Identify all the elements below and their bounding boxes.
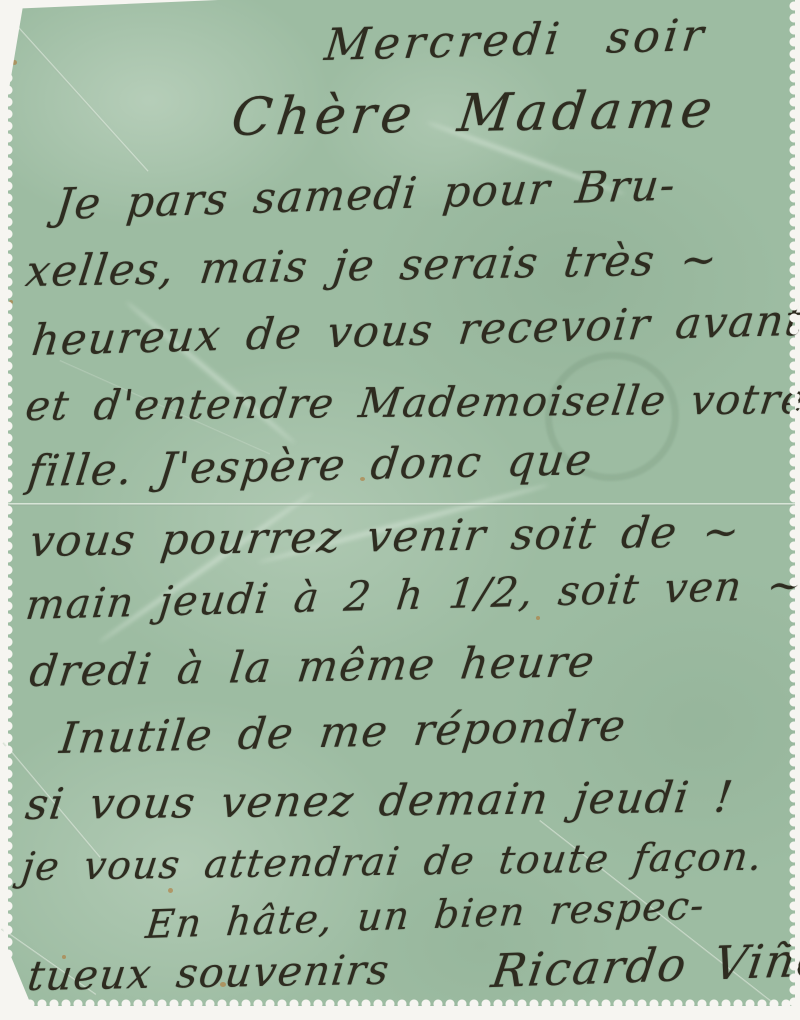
handwriting-line: vous pourrez venir soit de ~: [27, 507, 744, 567]
date-line: Mercredi soir: [322, 10, 710, 71]
handwriting-line: si vous venez demain jeudi !: [23, 773, 737, 830]
perforated-edge-bottom: [0, 999, 800, 1011]
handwriting-line: et d'entendre Mademoiselle votre: [23, 375, 800, 430]
letter-scan: Mercredi soir Chère Madame Je pars samed…: [0, 0, 800, 1020]
fold-crease-horizontal: [8, 503, 795, 506]
perforated-edge-right: [788, 0, 800, 1010]
foxing-spot: [168, 888, 173, 893]
salutation-line: Chère Madame: [228, 79, 720, 148]
handwriting-line: tueux souvenirs: [25, 946, 393, 1000]
handwriting-line: dredi à la même heure: [27, 637, 598, 697]
foxing-spot: [536, 616, 540, 620]
perforated-edge-left: [3, 0, 15, 1010]
